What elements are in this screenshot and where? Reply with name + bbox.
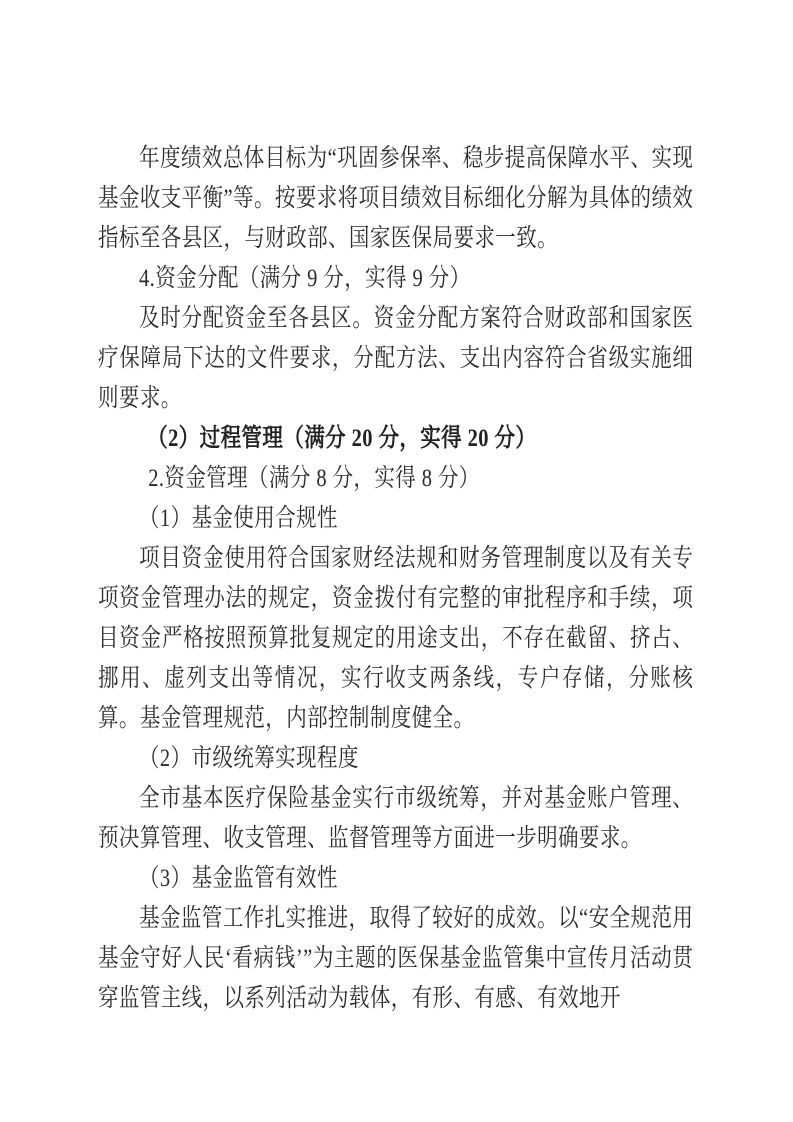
document-text-block: 年度绩效总体目标为“巩固参保率、稳步提高保障水平、实现基金收支平衡”等。按要求将…: [98, 139, 693, 1019]
paragraph-municipal-pooling-detail: 全市基本医疗保险基金实行市级统筹，并对基金账户管理、预决算管理、收支管理、监督管…: [98, 779, 693, 859]
paragraph-fund-allocation-detail: 及时分配资金至各县区。资金分配方案符合财政部和国家医疗保障局下达的文件要求，分配…: [98, 299, 693, 419]
paragraph-fund-supervision-detail: 基金监管工作扎实推进，取得了较好的成效。以“安全规范用基金守好人民‘看病钱’”为…: [98, 899, 693, 1019]
subheading-fund-use-compliance: （1）基金使用合规性: [98, 499, 693, 539]
heading-process-management-score: （2）过程管理（满分 20 分，实得 20 分）: [98, 419, 693, 459]
item-fund-management-score: 2.资金管理（满分 8 分，实得 8 分）: [98, 459, 693, 499]
item-fund-allocation-score: 4.资金分配（满分 9 分，实得 9 分）: [98, 259, 693, 299]
paragraph-fund-use-compliance-detail: 项目资金使用符合国家财经法规和财务管理制度以及有关专项资金管理办法的规定，资金拨…: [98, 539, 693, 739]
document-page: 年度绩效总体目标为“巩固参保率、稳步提高保障水平、实现基金收支平衡”等。按要求将…: [0, 0, 793, 1122]
paragraph-annual-performance-goal: 年度绩效总体目标为“巩固参保率、稳步提高保障水平、实现基金收支平衡”等。按要求将…: [98, 139, 693, 259]
subheading-municipal-pooling-degree: （2）市级统筹实现程度: [98, 739, 693, 779]
subheading-fund-supervision-effectiveness: （3）基金监管有效性: [98, 859, 693, 899]
